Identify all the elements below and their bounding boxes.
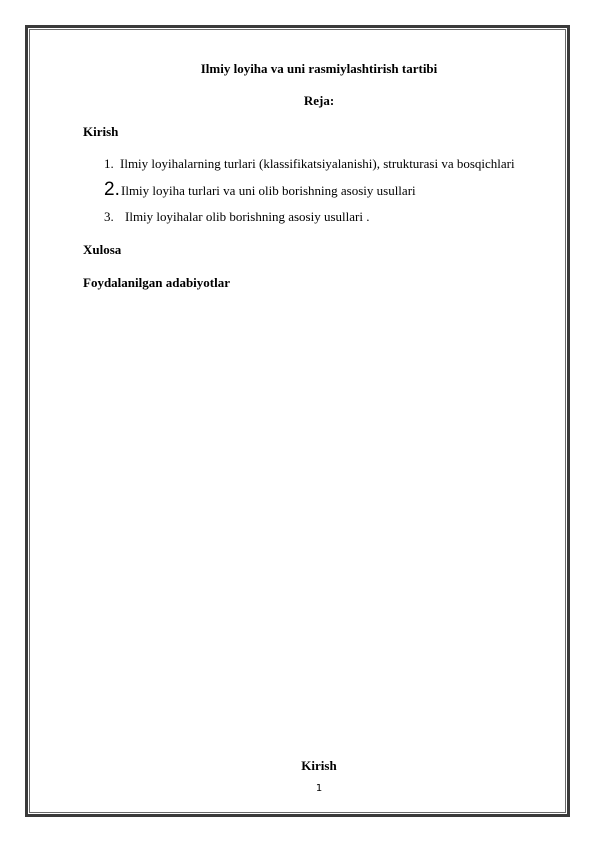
document-title: Ilmiy loyiha va uni rasmiylashtirish tar… xyxy=(0,62,596,75)
plan-item-text: Ilmiy loyihalarning turlari (klassifikat… xyxy=(120,156,515,171)
plan-item-1: 1.Ilmiy loyihalarning turlari (klassifik… xyxy=(104,157,515,170)
conclusion-heading: Xulosa xyxy=(83,243,121,256)
references-heading: Foydalanilgan adabiyotlar xyxy=(83,276,230,289)
plan-heading: Reja: xyxy=(0,94,596,107)
plan-item-number: 3. xyxy=(104,210,125,223)
page-number: 1 xyxy=(0,784,596,794)
plan-item-3: 3.Ilmiy loyihalar olib borishning asosiy… xyxy=(104,210,369,223)
plan-item-number: 1. xyxy=(104,157,120,170)
plan-item-text: Ilmiy loyiha turlari va uni olib borishn… xyxy=(121,183,416,198)
plan-item-number: 2. xyxy=(104,180,121,199)
page-border-inner xyxy=(29,29,566,813)
plan-item-text: Ilmiy loyihalar olib borishning asosiy u… xyxy=(125,209,369,224)
plan-item-2: 2.Ilmiy loyiha turlari va uni olib boris… xyxy=(104,180,416,199)
intro-heading: Kirish xyxy=(83,125,118,138)
section-heading-kirish: Kirish xyxy=(0,759,596,772)
